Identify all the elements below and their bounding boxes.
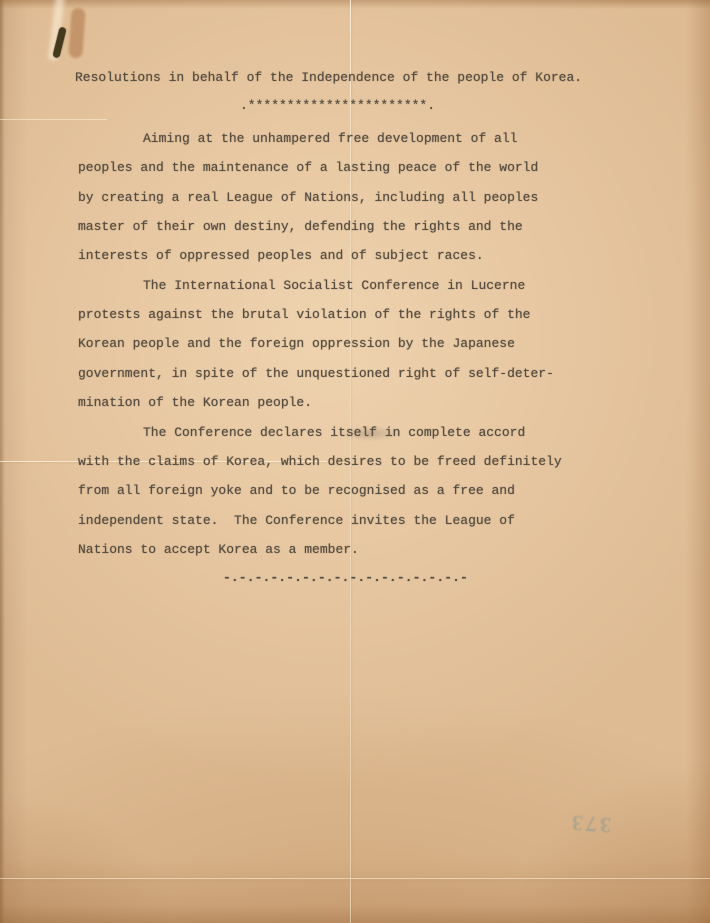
document-line: from all foreign yoke and to be recognis… <box>78 483 515 498</box>
document-line: by creating a real League of Nations, in… <box>78 190 538 205</box>
document-line: government, in spite of the unquestioned… <box>78 366 554 381</box>
document-content: Resolutions in behalf of the Independenc… <box>78 0 638 923</box>
document-line: master of their own destiny, defending t… <box>78 219 523 234</box>
document-line: Nations to accept Korea as a member. <box>78 542 359 557</box>
ink-smudge <box>334 425 406 442</box>
document-page: Resolutions in behalf of the Independenc… <box>0 0 710 923</box>
document-line: mination of the Korean people. <box>78 395 312 410</box>
document-line: The International Socialist Conference i… <box>143 278 525 293</box>
document-line: Korean people and the foreign oppression… <box>78 336 515 351</box>
document-line: peoples and the maintenance of a lasting… <box>78 160 538 175</box>
document-line: with the claims of Korea, which desires … <box>78 454 562 469</box>
separator-asterisks: .***********************. <box>240 98 435 113</box>
document-line: independent state. The Conference invite… <box>78 513 515 528</box>
document-title: Resolutions in behalf of the Independenc… <box>75 70 582 85</box>
separator-dashes: -.-.-.-.-.-.-.-.-.-.-.-.-.-.-.- <box>223 570 468 585</box>
document-line: protests against the brutal violation of… <box>78 307 530 322</box>
bleed-through-number: 373 <box>548 808 612 838</box>
document-line: Aiming at the unhampered free developmen… <box>143 131 517 146</box>
document-line: interests of oppressed peoples and of su… <box>78 248 484 263</box>
